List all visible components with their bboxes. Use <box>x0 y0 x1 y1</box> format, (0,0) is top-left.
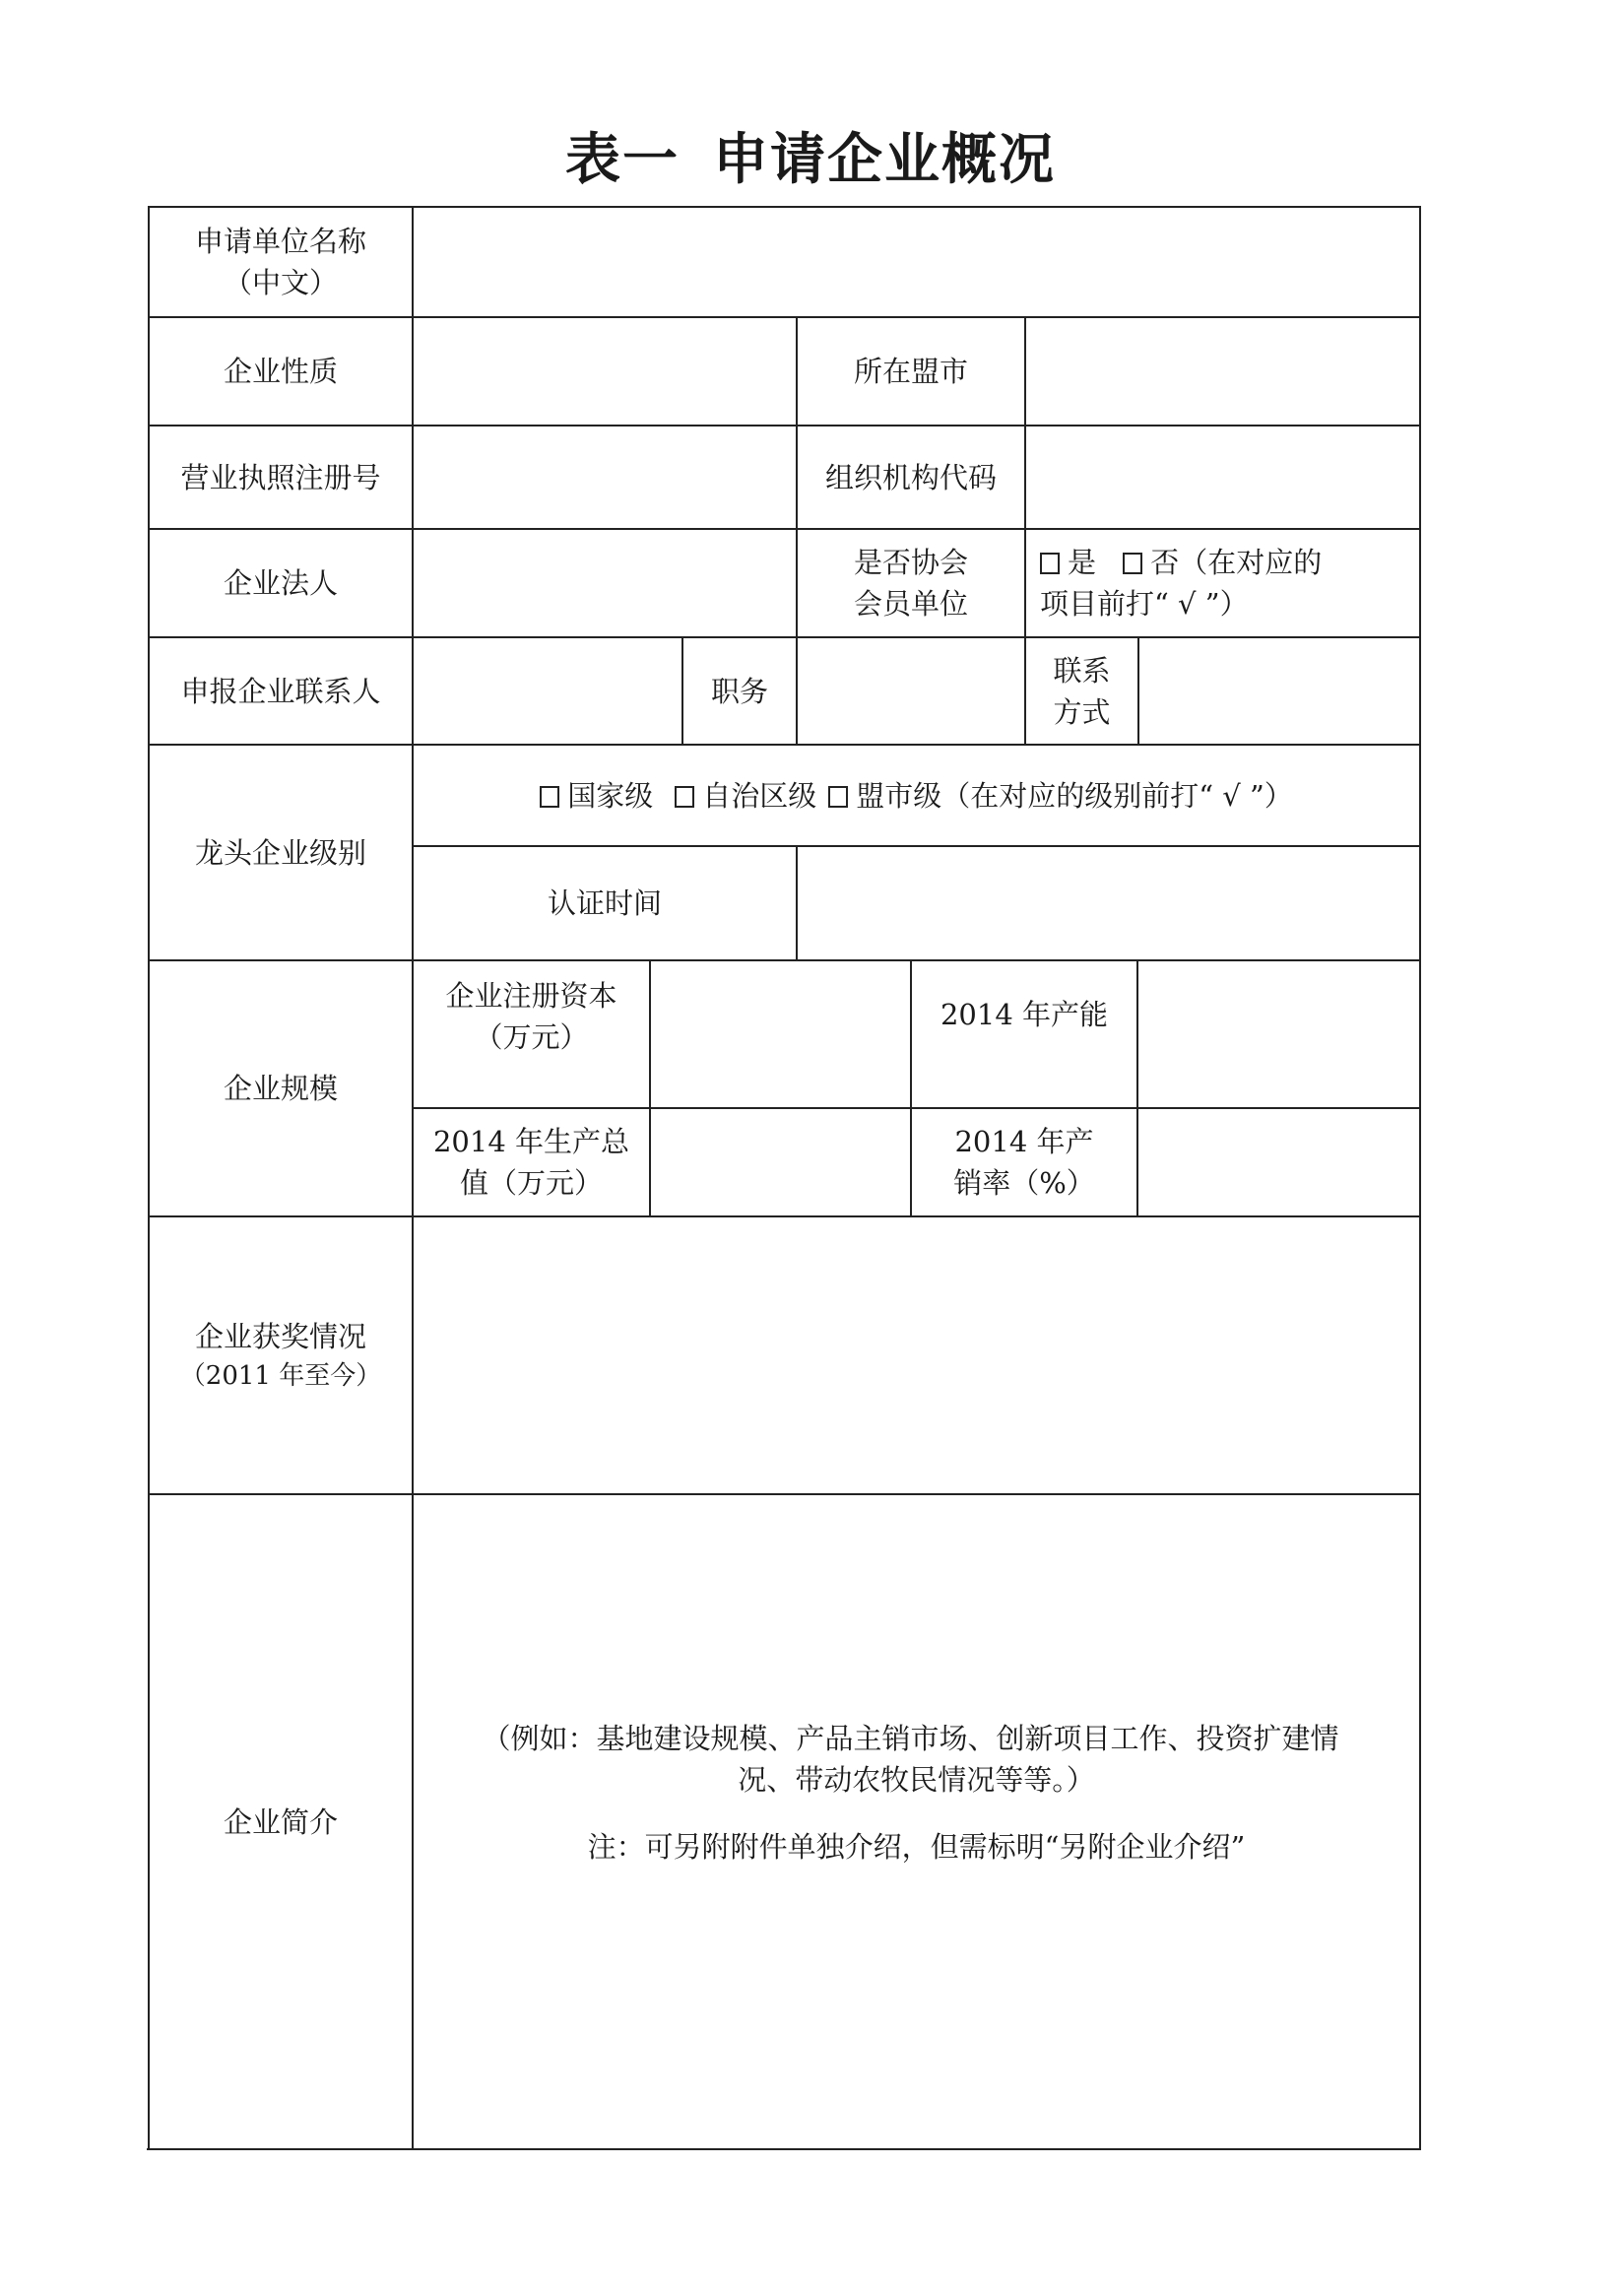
association-member-options: 是 否（在对应的 项目前打“ √ ”） <box>1026 530 1419 636</box>
label-sales-rate-2014: 2014 年产 销率（%） <box>912 1109 1136 1215</box>
label-text: （2011 年至今） <box>180 1357 381 1395</box>
option-league-city-label: 盟市级 <box>856 779 941 813</box>
label-certification-time: 认证时间 <box>414 847 796 959</box>
label-text: 方式 <box>1053 691 1110 733</box>
intro-hint-line-2: 况、带动农牧民情况等等。） <box>482 1759 1350 1801</box>
checkbox-national[interactable] <box>540 786 559 808</box>
option-no-label: 否 <box>1150 546 1179 579</box>
label-org-code: 组织机构代码 <box>798 426 1024 528</box>
label-leading-level: 龙头企业级别 <box>150 746 412 959</box>
registered-capital-field[interactable] <box>651 961 910 1107</box>
member-note-2: 项目前打“ √ ”） <box>1040 583 1322 624</box>
company-nature-field[interactable] <box>414 318 796 425</box>
output-value-2014-field[interactable] <box>651 1109 910 1215</box>
label-text: 值（万元） <box>433 1162 629 1204</box>
label-company-nature: 企业性质 <box>150 318 412 425</box>
form-title: 表一申请企业概况 <box>0 116 1621 195</box>
label-text: 是否协会 <box>854 542 968 583</box>
company-name-field[interactable] <box>414 208 1419 316</box>
label-position: 职务 <box>683 638 796 744</box>
checkbox-member-yes[interactable] <box>1040 553 1060 574</box>
checkbox-member-no[interactable] <box>1123 553 1142 574</box>
label-text: 联系 <box>1053 650 1110 691</box>
contact-method-field[interactable] <box>1139 638 1419 744</box>
label-capacity-2014: 2014 年产能 <box>912 961 1136 1107</box>
capacity-2014-field[interactable] <box>1138 961 1419 1107</box>
table-border-right <box>1419 206 1421 2150</box>
company-intro-field[interactable]: （例如：基地建设规模、产品主销市场、创新项目工作、投资扩建情 况、带动农牧民情况… <box>414 1495 1419 2148</box>
label-text: 申请单位名称 <box>195 221 366 262</box>
label-awards: 企业获奖情况 （2011 年至今） <box>150 1217 412 1493</box>
label-enterprise-scale: 企业规模 <box>150 961 412 1215</box>
table-border-bottom <box>147 2148 1421 2150</box>
certification-time-field[interactable] <box>798 847 1419 959</box>
position-field[interactable] <box>798 638 1024 744</box>
intro-note: 注：可另附附件单独介绍，但需标明“另附企业介绍” <box>482 1826 1350 1868</box>
label-company-intro: 企业简介 <box>150 1495 412 2148</box>
checkbox-autonomous-region[interactable] <box>675 786 694 808</box>
label-company-name: 申请单位名称 （中文） <box>150 208 412 316</box>
leading-level-options: 国家级 自治区级 盟市级（在对应的级别前打“ √ ”） <box>414 746 1419 845</box>
leading-level-note: （在对应的级别前打“ √ ”） <box>941 779 1293 813</box>
label-registered-capital: 企业注册资本 （万元） <box>414 961 649 1107</box>
option-autonomous-region-label: 自治区级 <box>702 779 816 813</box>
city-field[interactable] <box>1026 318 1419 425</box>
label-text: 企业获奖情况 <box>180 1316 381 1357</box>
label-text: 销率（%） <box>953 1162 1095 1204</box>
label-text: 2014 年产 <box>953 1121 1095 1162</box>
label-contact-method: 联系 方式 <box>1026 638 1137 744</box>
label-output-value-2014: 2014 年生产总 值（万元） <box>414 1109 649 1215</box>
label-text: 会员单位 <box>854 583 968 624</box>
legal-person-field[interactable] <box>414 530 796 636</box>
label-contact-person: 申报企业联系人 <box>150 638 412 744</box>
label-association-member: 是否协会 会员单位 <box>798 530 1024 636</box>
label-text: 2014 年生产总 <box>433 1121 629 1162</box>
form-title-text: 申请企业概况 <box>713 127 1056 192</box>
label-business-license: 营业执照注册号 <box>150 426 412 528</box>
sales-rate-2014-field[interactable] <box>1138 1109 1419 1215</box>
contact-person-field[interactable] <box>414 638 681 744</box>
label-text: 企业注册资本 <box>445 975 616 1017</box>
awards-field[interactable] <box>414 1217 1419 1493</box>
label-legal-person: 企业法人 <box>150 530 412 636</box>
label-text: （中文） <box>195 262 366 303</box>
checkbox-league-city[interactable] <box>828 786 848 808</box>
intro-hint-line-1: （例如：基地建设规模、产品主销市场、创新项目工作、投资扩建情 <box>482 1718 1350 1759</box>
member-note-1: （在对应的 <box>1179 546 1322 579</box>
option-national-label: 国家级 <box>567 779 653 813</box>
form-title-number: 表一 <box>565 127 680 192</box>
label-text: （万元） <box>445 1017 616 1058</box>
org-code-field[interactable] <box>1026 426 1419 528</box>
option-yes-label: 是 <box>1068 546 1096 579</box>
business-license-field[interactable] <box>414 426 796 528</box>
label-city: 所在盟市 <box>798 318 1024 425</box>
